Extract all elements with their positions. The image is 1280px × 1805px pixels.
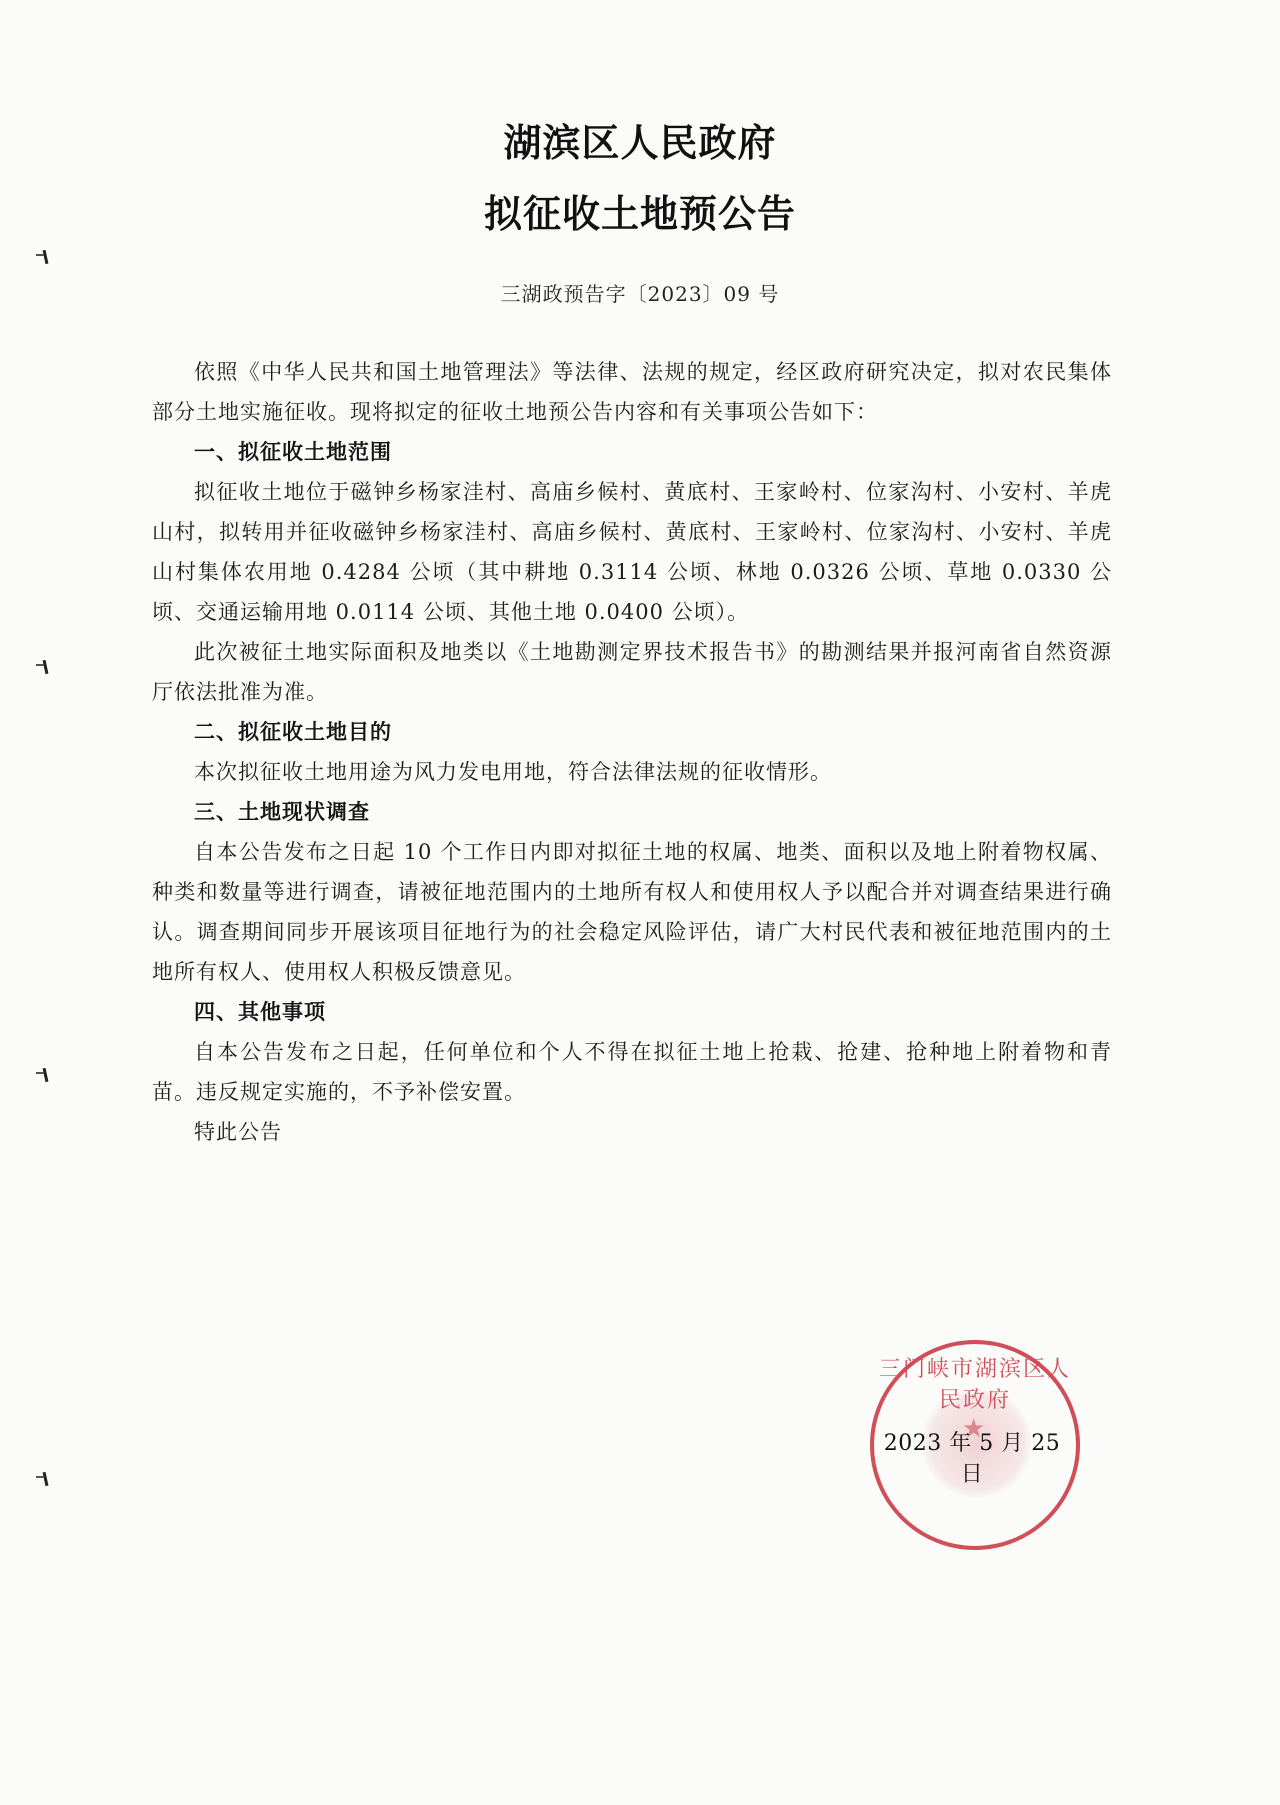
- closing-text: 特此公告: [152, 1112, 1112, 1152]
- section-paragraph: 自本公告发布之日起 10 个工作日内即对拟征土地的权属、地类、面积以及地上附着物…: [152, 832, 1112, 992]
- intro-paragraph: 依照《中华人民共和国土地管理法》等法律、法规的规定，经区政府研究决定，拟对农民集…: [152, 352, 1112, 432]
- section-paragraph: 本次拟征收土地用途为风力发电用地，符合法律法规的征收情形。: [152, 752, 1112, 792]
- document-number: 三湖政预告字〔2023〕09 号: [0, 278, 1280, 307]
- section-heading: 四、其他事项: [152, 992, 1112, 1032]
- document-title-issuer: 湖滨区人民政府: [0, 112, 1280, 167]
- section-paragraph: 此次被征土地实际面积及地类以《土地勘测定界技术报告书》的勘测结果并报河南省自然资…: [152, 632, 1112, 712]
- scan-mark: [40, 1068, 50, 1082]
- scan-mark: [40, 660, 50, 674]
- issue-date: 2023 年 5 月 25 日: [872, 1426, 1072, 1488]
- section-heading: 一、拟征收土地范围: [152, 432, 1112, 472]
- section-heading: 二、拟征收土地目的: [152, 712, 1112, 752]
- document-body: 依照《中华人民共和国土地管理法》等法律、法规的规定，经区政府研究决定，拟对农民集…: [152, 352, 1112, 1152]
- section-heading: 三、土地现状调查: [152, 792, 1112, 832]
- section-paragraph: 拟征收土地位于磁钟乡杨家洼村、高庙乡候村、黄底村、王家岭村、位家沟村、小安村、羊…: [152, 472, 1112, 632]
- document-page: 湖滨区人民政府 拟征收土地预公告 三湖政预告字〔2023〕09 号 依照《中华人…: [0, 0, 1280, 1805]
- scan-mark: [40, 1472, 50, 1486]
- seal-text: 三门峡市湖滨区人民政府: [874, 1352, 1076, 1414]
- document-title: 拟征收土地预公告: [0, 183, 1280, 238]
- scan-mark: [40, 250, 50, 264]
- section-paragraph: 自本公告发布之日起，任何单位和个人不得在拟征土地上抢栽、抢建、抢种地上附着物和青…: [152, 1032, 1112, 1112]
